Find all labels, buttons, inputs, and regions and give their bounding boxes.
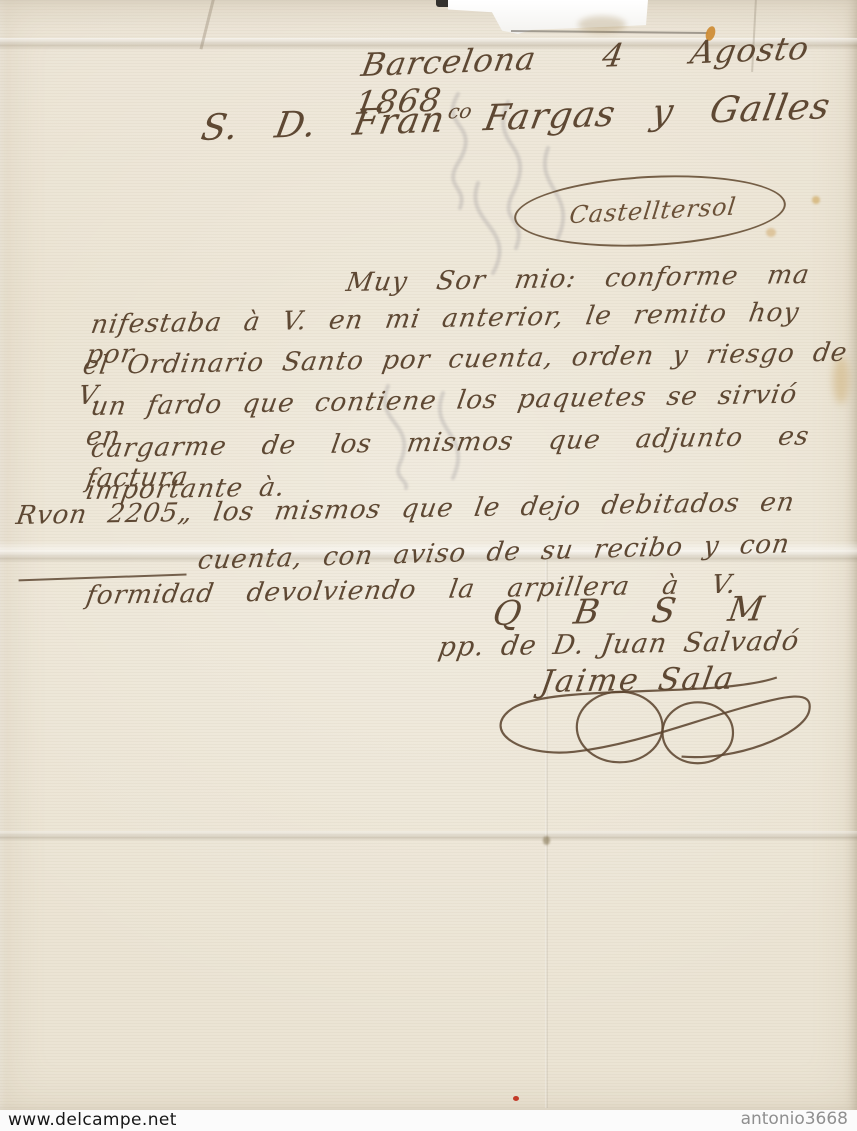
closing-pp-line: pp. de D. Juan Salvadó	[436, 626, 802, 663]
stain-lower-dot	[543, 836, 550, 845]
scan-background-band: www.delcampe.net antonio3668	[0, 1110, 857, 1131]
destination-name: Castelltersol	[567, 192, 737, 229]
destination-oval: Castelltersol	[512, 169, 787, 253]
body-line-1: Muy Sor mio: conforme ma	[344, 260, 812, 298]
stain-small-dot	[812, 196, 820, 204]
fill-line	[18, 564, 186, 582]
delcampe-watermark: www.delcampe.net	[8, 1110, 177, 1130]
addressee-abbreviation: co	[446, 99, 474, 124]
stain-near-oval	[766, 228, 776, 237]
stain-red-speck	[513, 1096, 519, 1101]
letter-paper: Barcelona 4 Agosto 1868 S. D. FrancoFarg…	[0, 0, 857, 1110]
signature-flourish	[478, 668, 828, 768]
body-line-8: cuenta, con aviso de su recibo y con	[196, 529, 792, 576]
addressee-title: S. D. Fran	[198, 100, 449, 149]
paper-tear-flap	[448, 0, 648, 34]
scanned-letter: Barcelona 4 Agosto 1868 S. D. FrancoFarg…	[0, 0, 857, 1131]
fold-crease-lower	[0, 831, 857, 841]
wrinkle-diagonal	[200, 0, 216, 50]
seller-watermark: antonio3668	[741, 1109, 848, 1129]
